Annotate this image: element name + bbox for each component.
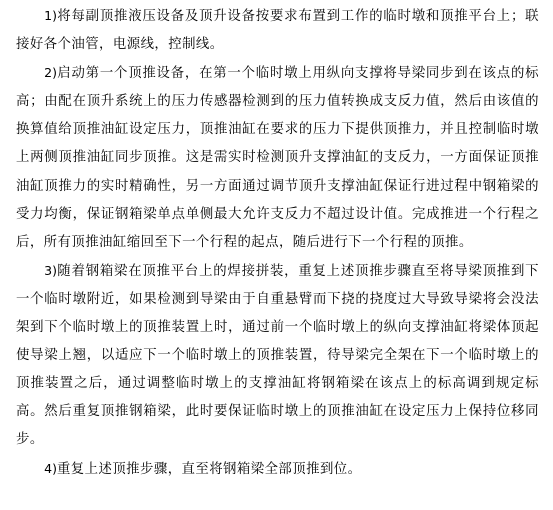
step-number: 4) [44, 461, 57, 476]
paragraph-step-3: 3)随着钢箱梁在顶推平台上的焊接拼装，重复上述顶推步骤直至将导梁顶推到下一个临时… [16, 257, 539, 455]
document-body: 1)将每副顶推液压设备及顶升设备按要求布置到工作的临时墩和顶推平台上；联接好各个… [16, 2, 539, 484]
paragraph-text: 随着钢箱梁在顶推平台上的焊接拼装，重复上述顶推步骤直至将导梁顶推到下一个临时墩附… [16, 264, 539, 448]
paragraph-step-1: 1)将每副顶推液压设备及顶升设备按要求布置到工作的临时墩和顶推平台上；联接好各个… [16, 2, 539, 59]
step-number: 2) [44, 65, 57, 80]
paragraph-step-4: 4)重复上述顶推步骤，直至将钢箱梁全部顶推到位。 [16, 455, 539, 484]
paragraph-step-2: 2)启动第一个顶推设备，在第一个临时墩上用纵向支撑将导梁同步到在该点的标高；由配… [16, 59, 539, 257]
step-number: 1) [44, 8, 57, 23]
paragraph-text: 重复上述顶推步骤，直至将钢箱梁全部顶推到位。 [57, 462, 362, 477]
step-number: 3) [44, 263, 57, 278]
paragraph-text: 将每副顶推液压设备及顶升设备按要求布置到工作的临时墩和顶推平台上；联接好各个油管… [16, 9, 539, 52]
paragraph-text: 启动第一个顶推设备，在第一个临时墩上用纵向支撑将导梁同步到在该点的标高；由配在顶… [16, 66, 539, 250]
